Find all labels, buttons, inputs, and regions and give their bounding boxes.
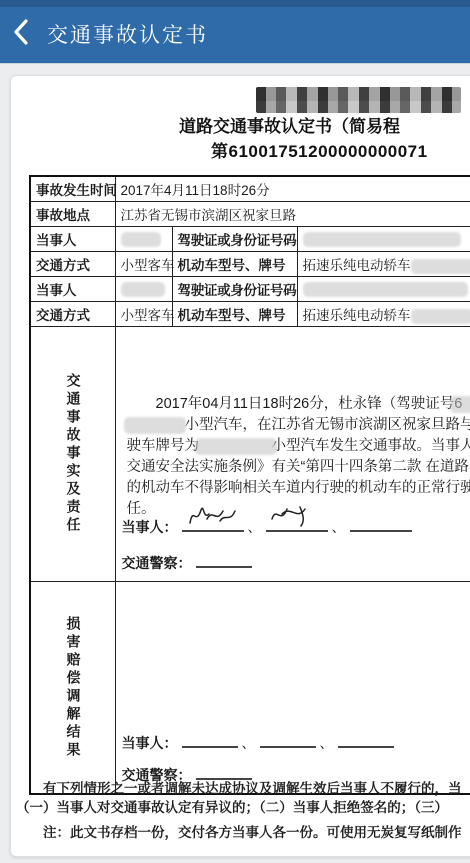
redaction-patch xyxy=(124,417,186,434)
separator: 、 xyxy=(242,735,256,751)
signature-line xyxy=(266,516,328,532)
document-viewport[interactable]: 道路交通事故认定书（简易程 第61001751200000000071 事故发生… xyxy=(10,75,470,857)
back-button[interactable] xyxy=(13,19,39,49)
table-row: 当事人 驾驶证或身份证号码 xyxy=(30,227,470,252)
party1-id-label: 驾驶证或身份证号码 xyxy=(172,227,297,252)
mediation-section-label: 损害赔偿调解结果 xyxy=(65,616,80,760)
vehicle2-label: 机动车型号、牌号 xyxy=(172,302,297,327)
party2-id-label: 驾驶证或身份证号码 xyxy=(172,277,297,302)
facts-section-body: 2017年04月11日18时26分，杜永锋（驾驶证号6 小型汽车，在江苏省无锡市… xyxy=(115,327,470,582)
signature-scribble-1 xyxy=(183,501,239,532)
redaction-patch xyxy=(121,232,161,247)
document-number: 第61001751200000000071 xyxy=(211,137,428,162)
footer-line: （一）当事人对交通事故认定有异议的；（二）当事人拒绝签名的；（三） xyxy=(16,798,470,817)
mode1-label: 交通方式 xyxy=(30,252,115,277)
party1-id-redacted xyxy=(297,227,470,252)
party-signature-row: 当事人：、、 xyxy=(122,732,398,753)
signature-scribble-2 xyxy=(267,501,317,532)
facts-line: 2017年04月11日18时26分，杜永锋（驾驶证号6 xyxy=(127,394,470,415)
party2-id-redacted xyxy=(297,277,470,302)
mode2-value: 小型客车 xyxy=(115,302,172,327)
mediation-section-body: 当事人：、、 交通警察： xyxy=(115,582,470,795)
mediation-section-row: 损害赔偿调解结果 当事人：、、 交通警察： xyxy=(30,582,470,795)
vehicle2-text: 拓速乐纯电动轿车 xyxy=(303,308,411,323)
table-row: 交通方式 小型客车 机动车型号、牌号 拓速乐纯电动轿车 xyxy=(30,252,470,277)
table-row: 事故发生时间 2017年4月11日18时26分 xyxy=(30,176,470,202)
vehicle1-text: 拓速乐纯电动轿车 xyxy=(303,258,411,273)
document-title: 道路交通事故认定书（简易程 xyxy=(179,112,400,137)
redaction-patch xyxy=(411,259,470,274)
signature-line xyxy=(260,732,316,748)
police-signature-row: 交通警察： xyxy=(122,552,256,573)
table-row: 当事人 驾驶证或身份证号码 xyxy=(30,277,470,302)
app-header: 交通事故认定书 xyxy=(0,0,470,64)
signature-line xyxy=(182,732,238,748)
chevron-left-icon xyxy=(13,32,29,49)
party2-name-redacted xyxy=(115,277,172,302)
separator: 、 xyxy=(320,735,334,751)
document-footer: 有下列情形之一或者调解未达成协议及调解生效后当事人不履行的，当 （一）当事人对交… xyxy=(16,779,470,842)
redaction-patch xyxy=(303,232,461,247)
vehicle1-label: 机动车型号、牌号 xyxy=(172,252,297,277)
accident-place-label: 事故地点 xyxy=(30,202,115,227)
vehicle2-value: 拓速乐纯电动轿车 xyxy=(297,302,470,327)
party2-label: 当事人 xyxy=(30,277,115,302)
redaction-patch xyxy=(303,282,468,297)
mode1-value: 小型客车 xyxy=(115,252,172,277)
facts-line: 的机动车不得影响相关车道内行驶的机动车的正常行驶。”； xyxy=(127,478,470,499)
redaction-patch xyxy=(121,282,165,297)
accident-time-value: 2017年4月11日18时26分 xyxy=(115,176,470,202)
accident-place-value: 江苏省无锡市滨湖区祝家旦路 xyxy=(115,202,470,227)
facts-line: 交通安全法实施条例》有关“第四十四条第二款 在道路同方 xyxy=(127,457,470,478)
facts-section-header: 交通事故事实及责任 xyxy=(30,327,115,582)
party1-name-redacted xyxy=(115,227,172,252)
status-bar-strip xyxy=(0,0,470,7)
party1-label: 当事人 xyxy=(30,227,115,252)
facts-line: 驶车牌号为 小型汽车发生交通事故。当事人杜永锋 xyxy=(127,436,470,457)
redaction-patch xyxy=(195,438,277,455)
accident-info-table: 事故发生时间 2017年4月11日18时26分 事故地点 江苏省无锡市滨湖区祝家… xyxy=(29,175,470,795)
redacted-stamp-mosaic xyxy=(256,87,461,113)
page-title: 交通事故认定书 xyxy=(47,19,208,49)
signature-line xyxy=(350,516,412,532)
separator: 、 xyxy=(248,519,262,535)
vehicle1-value: 拓速乐纯电动轿车 xyxy=(297,252,470,277)
mediation-section-header: 损害赔偿调解结果 xyxy=(30,582,115,795)
police-label: 交通警察： xyxy=(122,555,192,571)
party-label: 当事人： xyxy=(122,735,178,751)
signature-line xyxy=(196,552,252,568)
mode2-label: 交通方式 xyxy=(30,302,115,327)
accident-time-label: 事故发生时间 xyxy=(30,176,115,202)
table-row: 交通方式 小型客车 机动车型号、牌号 拓速乐纯电动轿车 xyxy=(30,302,470,327)
signature-line xyxy=(196,764,252,780)
footer-line: 有下列情形之一或者调解未达成协议及调解生效后当事人不履行的，当 xyxy=(16,779,470,798)
facts-section-row: 交通事故事实及责任 2017年04月11日18时26分，杜永锋（驾驶证号6 小型… xyxy=(30,327,470,582)
redaction-patch xyxy=(450,396,470,413)
table-row: 事故地点 江苏省无锡市滨湖区祝家旦路 xyxy=(30,202,470,227)
party-label: 当事人： xyxy=(122,519,178,535)
signature-line xyxy=(338,732,394,748)
redaction-patch xyxy=(411,309,470,324)
facts-section-label: 交通事故事实及责任 xyxy=(65,373,80,535)
footer-note: 注：此文书存档一份，交付各方当事人各一份。可使用无炭复写纸制作 xyxy=(16,823,470,842)
separator: 、 xyxy=(332,519,346,535)
signature-line xyxy=(182,516,244,532)
party-signature-row: 当事人：、、 xyxy=(122,516,416,537)
